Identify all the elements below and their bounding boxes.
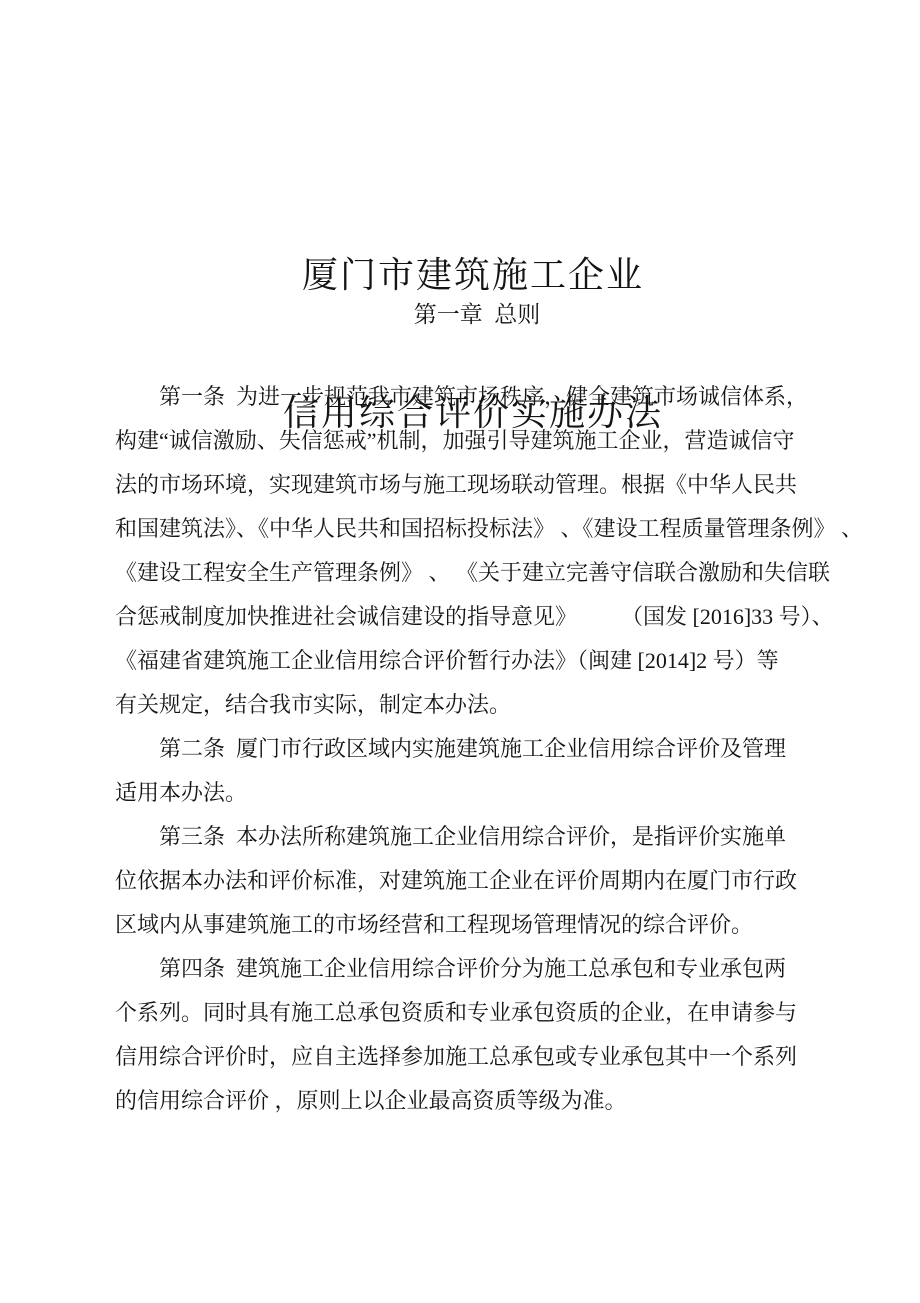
body-line: 的信用综合评价 ，原则上以企业最高资质等级为准。 (115, 1079, 805, 1123)
body-line: 法的市场环境，实现建筑市场与施工现场联动管理。根据《中华人民共 (115, 463, 805, 507)
document-body: 第一条 为进一步规范我市建筑市场秩序，健全建筑市场诚信体系， 构建“诚信激励、失… (115, 375, 805, 1123)
body-line: 《建设工程安全生产管理条例》 、 《关于建立完善守信联合激励和失信联 (115, 551, 805, 595)
body-line: 构建“诚信激励、失信惩戒”机制，加强引导建筑施工企业，营造诚信守 (115, 419, 805, 463)
body-line: 个系列。同时具有施工总承包资质和专业承包资质的企业，在申请参与 (115, 991, 805, 1035)
body-line: 和国建筑法》、《中华人民共和国招标投标法》 、《建设工程质量管理条例》 、 (115, 507, 805, 551)
chapter-heading: 第一章 总则 (17, 302, 920, 328)
body-line: 《福建省建筑施工企业信用综合评价暂行办法》（闽建 [2014]2 号）等 (115, 639, 805, 683)
body-line: 第四条 建筑施工企业信用综合评价分为施工总承包和专业承包两 (115, 947, 805, 991)
body-line: 区域内从事建筑施工的市场经营和工程现场管理情况的综合评价。 (115, 903, 805, 947)
body-line: 第三条 本办法所称建筑施工企业信用综合评价，是指评价实施单 (115, 815, 805, 859)
body-line: 信用综合评价时，应自主选择参加施工总承包或专业承包其中一个系列 (115, 1035, 805, 1079)
body-line: 合惩戒制度加快推进社会诚信建设的指导意见》 （国发 [2016]33 号）、 (115, 595, 805, 639)
body-line: 有关规定，结合我市实际，制定本办法。 (115, 683, 805, 727)
body-line: 适用本办法。 (115, 771, 805, 815)
body-line: 第一条 为进一步规范我市建筑市场秩序，健全建筑市场诚信体系， (115, 375, 805, 419)
document-page: 厦门市建筑施工企业 信用综合评价实施办法 第一章 总则 第一条 为进一步规范我市… (0, 0, 920, 1303)
body-line: 位依据本办法和评价标准，对建筑施工企业在评价周期内在厦门市行政 (115, 859, 805, 903)
document-title-line-1: 厦门市建筑施工企业 (13, 252, 920, 298)
body-line: 第二条 厦门市行政区域内实施建筑施工企业信用综合评价及管理 (115, 727, 805, 771)
